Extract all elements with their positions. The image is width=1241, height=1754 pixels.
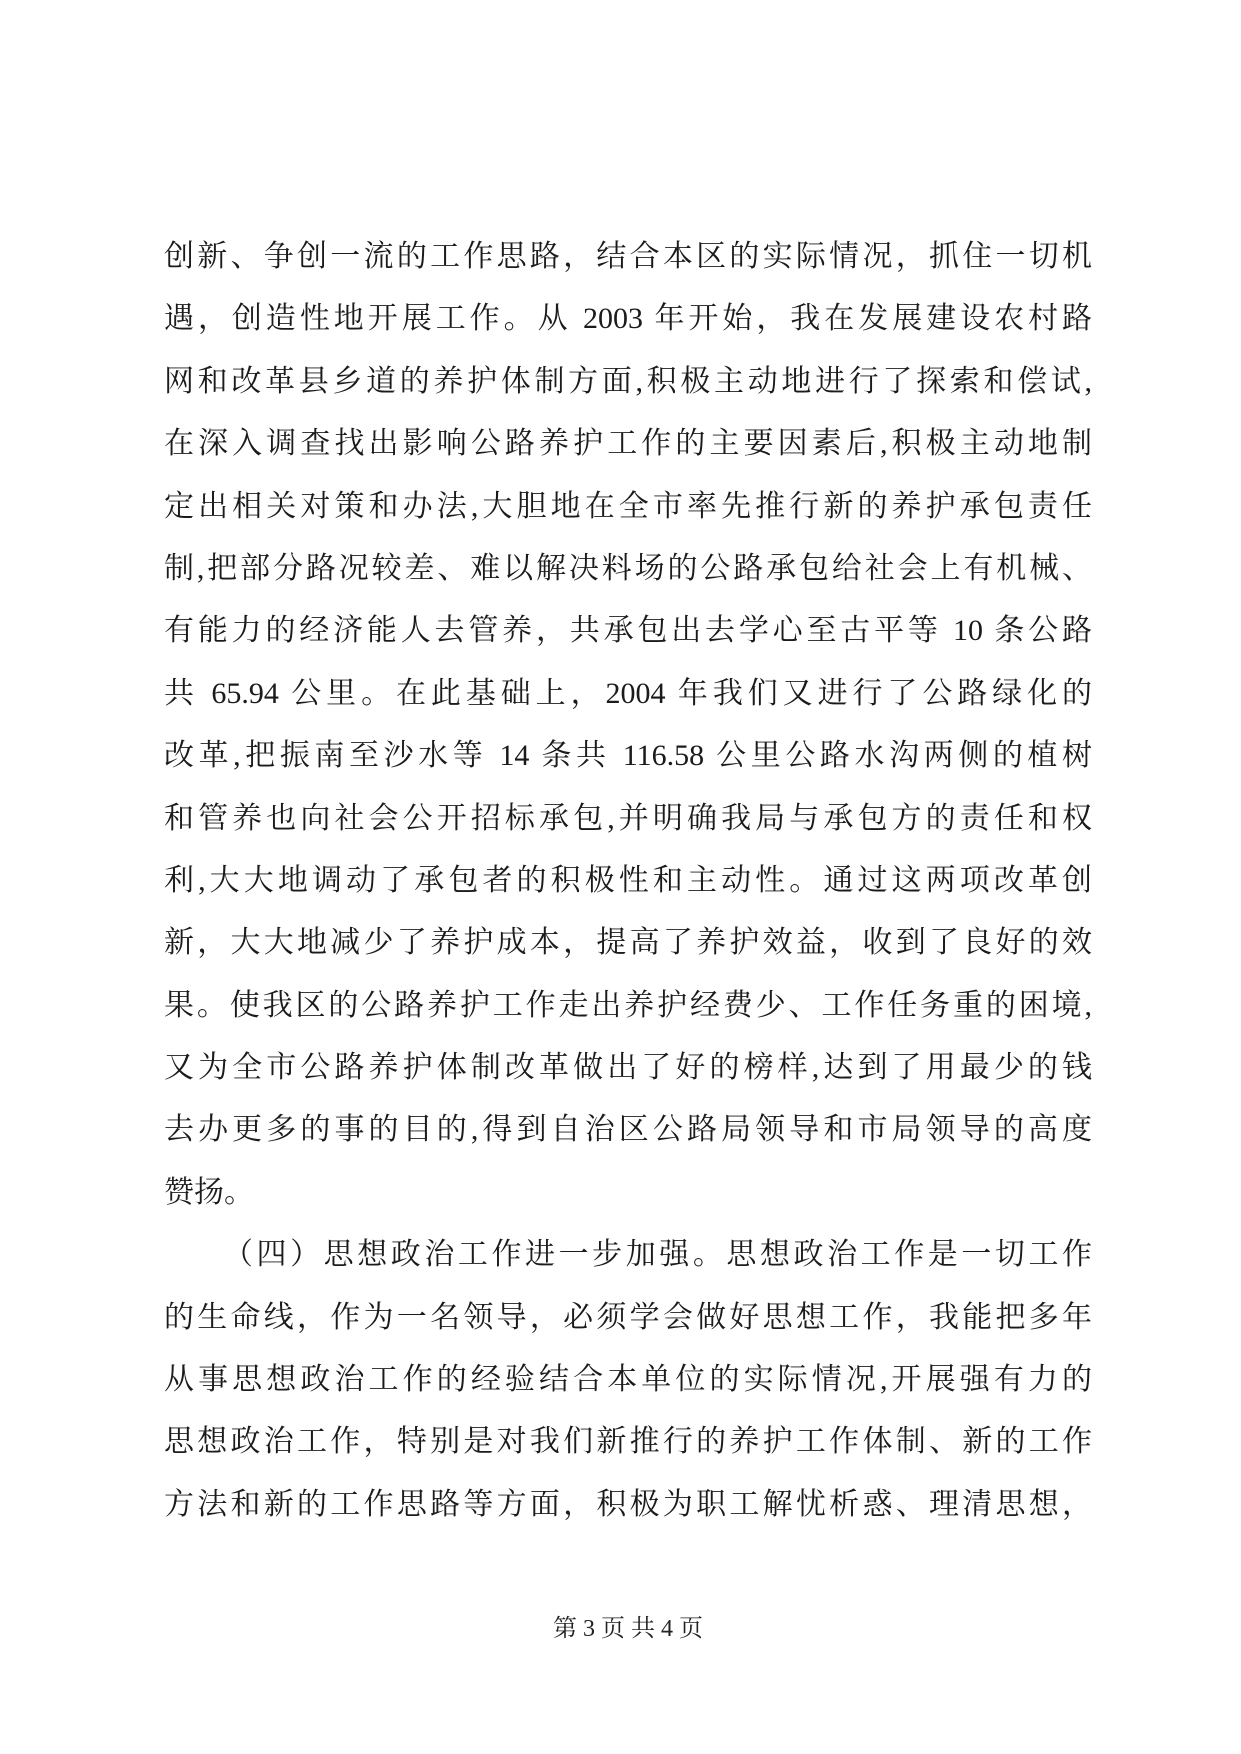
text-line: 遇，创造性地开展工作。从 2003 年开始，我在发展建设农村路 xyxy=(164,288,1092,350)
text-line: 方法和新的工作思路等方面，积极为职工解忧析惑、理清思想， xyxy=(164,1474,1092,1536)
text-line: 从事思想政治工作的经验结合本单位的实际情况,开展强有力的 xyxy=(164,1349,1092,1411)
text-line: 赞扬。 xyxy=(164,1162,1092,1224)
text-line: 有能力的经济能人去管养，共承包出去学心至古平等 10 条公路 xyxy=(164,600,1092,662)
text-line: 网和改革县乡道的养护体制方面,积极主动地进行了探索和偿试, xyxy=(164,351,1092,413)
text-line: 果。使我区的公路养护工作走出养护经费少、工作任务重的困境, xyxy=(164,975,1092,1037)
text-line: 改革,把振南至沙水等 14 条共 116.58 公里公路水沟两侧的植树 xyxy=(164,725,1092,787)
text-line: 思想政治工作，特别是对我们新推行的养护工作体制、新的工作 xyxy=(164,1411,1092,1473)
paragraph: （四）思想政治工作进一步加强。思想政治工作是一切工作的生命线，作为一名领导，必须… xyxy=(164,1224,1092,1536)
text-line: 新，大大地减少了养护成本，提高了养护效益，收到了良好的效 xyxy=(164,912,1092,974)
text-line: 共 65.94 公里。在此基础上，2004 年我们又进行了公路绿化的 xyxy=(164,663,1092,725)
text-line: 创新、争创一流的工作思路，结合本区的实际情况，抓住一切机 xyxy=(164,226,1092,288)
text-line: 利,大大地调动了承包者的积极性和主动性。通过这两项改革创 xyxy=(164,850,1092,912)
text-line: 定出相关对策和办法,大胆地在全市率先推行新的养护承包责任 xyxy=(164,476,1092,538)
page-number-text: 第 3 页 共 4 页 xyxy=(553,1616,703,1642)
document-page: 创新、争创一流的工作思路，结合本区的实际情况，抓住一切机遇，创造性地开展工作。从… xyxy=(0,0,1241,1754)
paragraph: 创新、争创一流的工作思路，结合本区的实际情况，抓住一切机遇，创造性地开展工作。从… xyxy=(164,226,1092,1224)
text-line: 又为全市公路养护体制改革做出了好的榜样,达到了用最少的钱 xyxy=(164,1037,1092,1099)
text-line: （四）思想政治工作进一步加强。思想政治工作是一切工作 xyxy=(164,1224,1092,1286)
page-footer: 第 3 页 共 4 页 xyxy=(164,1612,1092,1646)
text-line: 在深入调查找出影响公路养护工作的主要因素后,积极主动地制 xyxy=(164,413,1092,475)
text-line: 制,把部分路况较差、难以解决料场的公路承包给社会上有机械、 xyxy=(164,538,1092,600)
text-line: 的生命线，作为一名领导，必须学会做好思想工作，我能把多年 xyxy=(164,1287,1092,1349)
text-line: 和管养也向社会公开招标承包,并明确我局与承包方的责任和权 xyxy=(164,788,1092,850)
document-body-text: 创新、争创一流的工作思路，结合本区的实际情况，抓住一切机遇，创造性地开展工作。从… xyxy=(164,226,1092,1536)
text-line: 去办更多的事的目的,得到自治区公路局领导和市局领导的高度 xyxy=(164,1099,1092,1161)
